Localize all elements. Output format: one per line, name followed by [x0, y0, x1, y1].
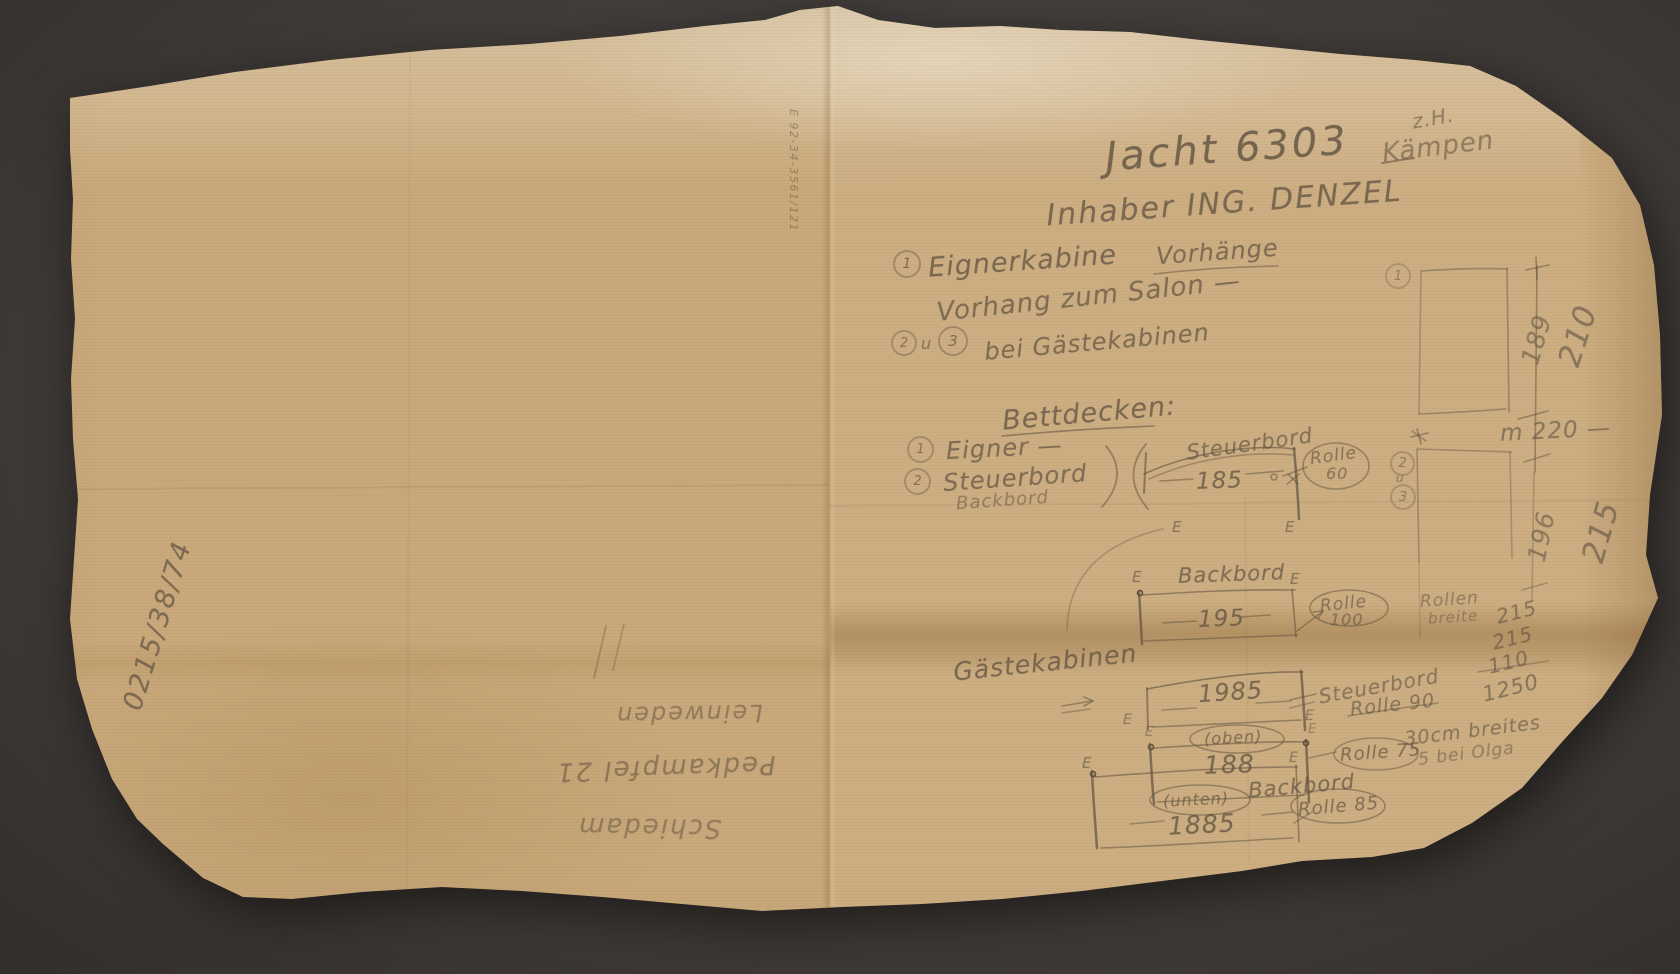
- guest3-tag: (unten): [1163, 788, 1230, 810]
- reverse-line-1: Leinweden: [615, 699, 763, 730]
- dim-circled-1: 1: [1385, 263, 1411, 289]
- backbord-sketch-label: Backbord: [1178, 560, 1286, 588]
- center-fold-line: [822, 0, 836, 974]
- guest2-tag: (oben): [1204, 726, 1263, 748]
- bedding-circled-1: 1: [907, 436, 934, 463]
- guest1-length: 1985: [1197, 676, 1264, 708]
- bedding-circled-2: 2: [904, 468, 931, 495]
- edge-mark-e: E: [1308, 722, 1317, 737]
- bleach-top: [60, 0, 1580, 190]
- sketch-circled-3: 3: [1390, 484, 1416, 510]
- circled-number-3: 3: [938, 326, 968, 356]
- reverse-line-3: Schiedam: [577, 811, 722, 844]
- edge-mark-e: E: [1082, 754, 1092, 772]
- edge-mark-e: E: [1285, 518, 1295, 536]
- edge-mark-e: E: [1172, 518, 1182, 536]
- fold-shadow-band-left: [60, 640, 830, 686]
- edge-mark-e: E: [1145, 725, 1154, 740]
- backbord-sketch-length: 195: [1198, 605, 1246, 633]
- edge-mark-e: E: [1132, 568, 1142, 586]
- guest3-length: 1885: [1167, 808, 1236, 840]
- guest2-length: 188: [1204, 749, 1256, 780]
- photo-of-handwritten-note: Jacht 6303 z.H. Kämpen Inhaber ING. DENZ…: [0, 0, 1680, 974]
- edge-mark-e: E: [1123, 712, 1133, 728]
- edge-mark-e: E: [1290, 570, 1300, 588]
- sketch-conj-u: u: [1396, 471, 1405, 485]
- circled-number-1: 1: [893, 250, 921, 278]
- circled-number-2: 2: [891, 330, 917, 356]
- conjunction-u: u: [921, 334, 932, 353]
- roll-note-line2: breite: [1427, 606, 1478, 627]
- owner-sketch-length: 185: [1196, 467, 1244, 495]
- backbord-roll-number: 100: [1330, 610, 1364, 629]
- owner-roll-number: 60: [1326, 464, 1348, 483]
- edge-mark-e: E: [1289, 750, 1299, 766]
- edge-code: E 92-34-3561/121: [787, 109, 800, 232]
